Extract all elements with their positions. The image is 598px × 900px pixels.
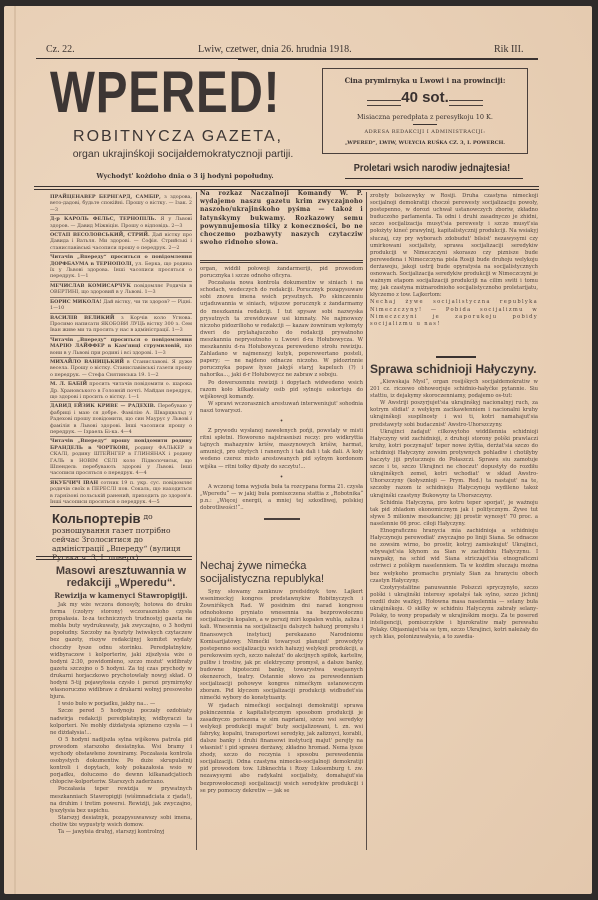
classified-ad: Читачів „Впереду“ проситься о повідомлен…: [50, 253, 192, 282]
publication-schedule: Wychodyt' kożdoho dnia o 3 ij hodyni pop…: [60, 172, 310, 180]
paragraph: Syny słowamy zamknuw predsidnyk tow. Laj…: [200, 589, 363, 703]
ad-name: ДАВИД ЕЙЗИК КРИВЕ — РАДЕХІВ.: [50, 403, 155, 409]
ad-name: М. Л. БАБІЙ: [50, 381, 87, 387]
price-box: Cina prymirnyka u Lwowi i na prowinciji:…: [322, 68, 528, 154]
article-continuation-right: zrobyły bolszewyky w Rosiji. Druha czast…: [370, 193, 538, 353]
ad-name: ВАСИЛІВ ВЕЛИКИЙ: [50, 315, 114, 321]
article-subheadline: Rewizija w kamenyci Stawropigiji.: [50, 591, 192, 600]
classified-ad: МИХАЙЛО ВАНИЦЬКИЙ в Станиславові. Я дуже…: [50, 358, 192, 380]
issue-number: Cz. 22.: [46, 44, 75, 55]
price-value: 40 sot.: [323, 89, 527, 106]
column-divider: [196, 192, 197, 850]
ad-name: БОРИС МИКОЛА!: [50, 299, 102, 305]
classified-ad: М. Л. БАБІЙ просить читачів повідомити о…: [50, 380, 192, 402]
decorative-dash: [449, 100, 483, 106]
year-label: Rik III.: [494, 44, 523, 55]
paragraph: Po dowerszenniu rewiziji i dopytach widw…: [200, 380, 363, 401]
subscription-info: Misiaczna peredpłata z peresyłkoju 10 K.: [323, 113, 527, 121]
paragraph: Starszyj desiatnyk, pozapysuwawszy sobi …: [50, 815, 192, 829]
ad-name: МИХАЙЛО ВАНИЦЬКИЙ: [50, 359, 124, 365]
page-fold: [14, 6, 16, 894]
paragraph: Poczałasia teper rewizija w prywatnych m…: [50, 786, 192, 814]
address-label: ADRESA REDAKCIJI I ADMINISTRACIJI:: [323, 129, 527, 135]
classified-ad: Читачів „Впереду“ прошу повідомити родин…: [50, 437, 192, 478]
article-continuation: organ, widdił połowoji żandarmeriji, pid…: [200, 266, 363, 538]
ad-name: МЕЧИСЛАВ КОМИСАРЧУК: [50, 283, 131, 289]
header-rule: [36, 58, 238, 59]
paragraph: W sprawi wczorasznich arestuwań interwen…: [200, 401, 363, 415]
classified-ad: Д-р КАРОЛЬ ФЕЛЬС, ТЕРНОПІЛЬ. Я у Львові …: [50, 215, 192, 231]
paragraph: Jak my wże wczora donosyły, hotowa do dr…: [50, 602, 192, 701]
article-galicia: Sprawa schidnioji Hałyczyny. „Kiewskaja …: [370, 361, 538, 850]
paragraph: O 5 hodyni nadijszła sylna wijśkowa patr…: [50, 737, 192, 787]
article-headline: Masowi aresztuwannia w redakciji „Wpered…: [50, 565, 192, 589]
classified-ad: ЯКУБЧИЧ ІВАН сотник 19 п. укр. сус. пові…: [50, 479, 192, 505]
separator-dot: •: [200, 474, 363, 481]
price-box-divider: [413, 124, 437, 125]
ad-name: Д-р КАРОЛЬ ФЕЛЬС, ТЕРНОПІЛЬ.: [50, 216, 156, 222]
paragraph: Z prywodu wysłanoj nawełenych pońji, pow…: [200, 428, 363, 471]
classified-ad: ПРАЙЦЕНАВЕР БЕРНГАРД, САМБІР, з здорова,…: [50, 193, 192, 215]
paragraph: Szcze pered 5 hodynoju poczały ozdobiaty…: [50, 708, 192, 736]
paragraph: W Awstriji poszyrjujet'sia ukrajinśkyj n…: [370, 400, 538, 428]
paragraph: Ta — jawyłsia druhyj, starszyj kontrolny…: [50, 829, 192, 836]
paragraph: Nechaj żywe socijalistyczna republyka Ni…: [370, 299, 538, 327]
masthead-organ: organ ukrajinśkoji socijałdemokratycznoj…: [38, 148, 328, 160]
ad-headline: Кольпортерів: [52, 512, 141, 526]
paragraph: Czotyrystalitne panuwannie Polszczi spry…: [370, 585, 538, 642]
paragraph: Ukrajinci żadajut' cilkowytoho widdilenn…: [370, 429, 538, 500]
ad-rule: [36, 556, 192, 557]
paragraph: A wczoraj toma wyjszła buła ta rozcypana…: [200, 484, 363, 512]
article-divider: [436, 356, 476, 358]
slogan: Proletari wsich narodiw jednajtesia!: [349, 163, 515, 174]
header-rule-right: [238, 58, 538, 60]
article-arrests: Masowi aresztuwannia w redakciji „Wpered…: [50, 565, 192, 850]
command-notice: Na rozkaz Naczalnoji Komandy W. P. wydaj…: [200, 190, 363, 263]
classified-ad: Читачів „Впереду“ проситься о повідомлен…: [50, 336, 192, 358]
classified-ad: ДАВИД ЕЙЗИК КРИВЕ — РАДЕХІВ. Перебуваю у…: [50, 402, 192, 437]
article-headline: Sprawa schidnioji Hałyczyny.: [370, 361, 538, 377]
masthead-bottom-rule: [34, 186, 539, 187]
paragraph: zrobyły bolszewyky w Rosiji. Druha czast…: [370, 193, 538, 299]
price-label: Cina prymirnyka u Lwowi i na prowinciji:: [323, 76, 527, 85]
paragraph: organ, widdił połowoji żandarmeriji, pid…: [200, 266, 363, 280]
classifieds-rule: [50, 506, 192, 507]
masthead-subtitle: ROBITNYCZA GAZETA,: [48, 128, 308, 146]
column-divider: [366, 192, 367, 850]
classified-ad: ОСТАП ВЕСОЛОВСЬКИЙ, СТРИЙ. Дай вістку пр…: [50, 231, 192, 253]
address: „WPERED“, LWIW, WUŁYCIA RUŚKA CZ. 3, I. …: [323, 140, 527, 146]
paragraph: W rjadach nimećkoji socijalnoji demokrat…: [200, 703, 363, 795]
classified-ad: ВАСИЛІВ ВЕЛИКИЙ з Корчів коло Угнова. Пр…: [50, 314, 192, 336]
dateline: Lwiw, czetwer, dnia 26. hrudnia 1918.: [198, 44, 352, 55]
classified-ad: МЕЧИСЛАВ КОМИСАРЧУК повідомляє Родичів в…: [50, 282, 192, 298]
colporteurs-ad: Кольпортерів до розношування газет потрі…: [52, 512, 192, 562]
article-german-republic: Nechaj żywe nimećka socijalistyczna repu…: [200, 560, 363, 850]
classifieds-column: ПРАЙЦЕНАВЕР БЕРНГАРД, САМБІР, з здорова,…: [50, 193, 192, 505]
slogan-underline: [345, 178, 523, 179]
paragraph: Etnograficznu hranycia mia zachidnioja a…: [370, 528, 538, 585]
article-divider: [264, 518, 300, 520]
paragraph: Schidnia Hałyczyna, pro kotru teper spor…: [370, 500, 538, 528]
paragraph: „Kiewskaja Mysl“, organ rosijśkych socij…: [370, 379, 538, 400]
ad-name: ЯКУБЧИЧ ІВАН: [50, 480, 98, 486]
ad-name: Читачів „Впереду“ проситься о повідомлен…: [50, 337, 192, 349]
paragraph: Poczałasia nowa kontrola dokumentiw w si…: [200, 280, 363, 379]
separator-dot: •: [200, 418, 363, 425]
classified-ad: БОРИС МИКОЛА! Дай вістку, чи ти здоров? …: [50, 298, 192, 314]
masthead-title: WPERED!: [50, 64, 255, 122]
article-headline: Nechaj żywe nimećka socijalistyczna repu…: [200, 560, 363, 586]
paragraph: I wsio buło w porjadku, jakby na... —: [50, 701, 192, 708]
ad-rule-2: [36, 559, 192, 560]
